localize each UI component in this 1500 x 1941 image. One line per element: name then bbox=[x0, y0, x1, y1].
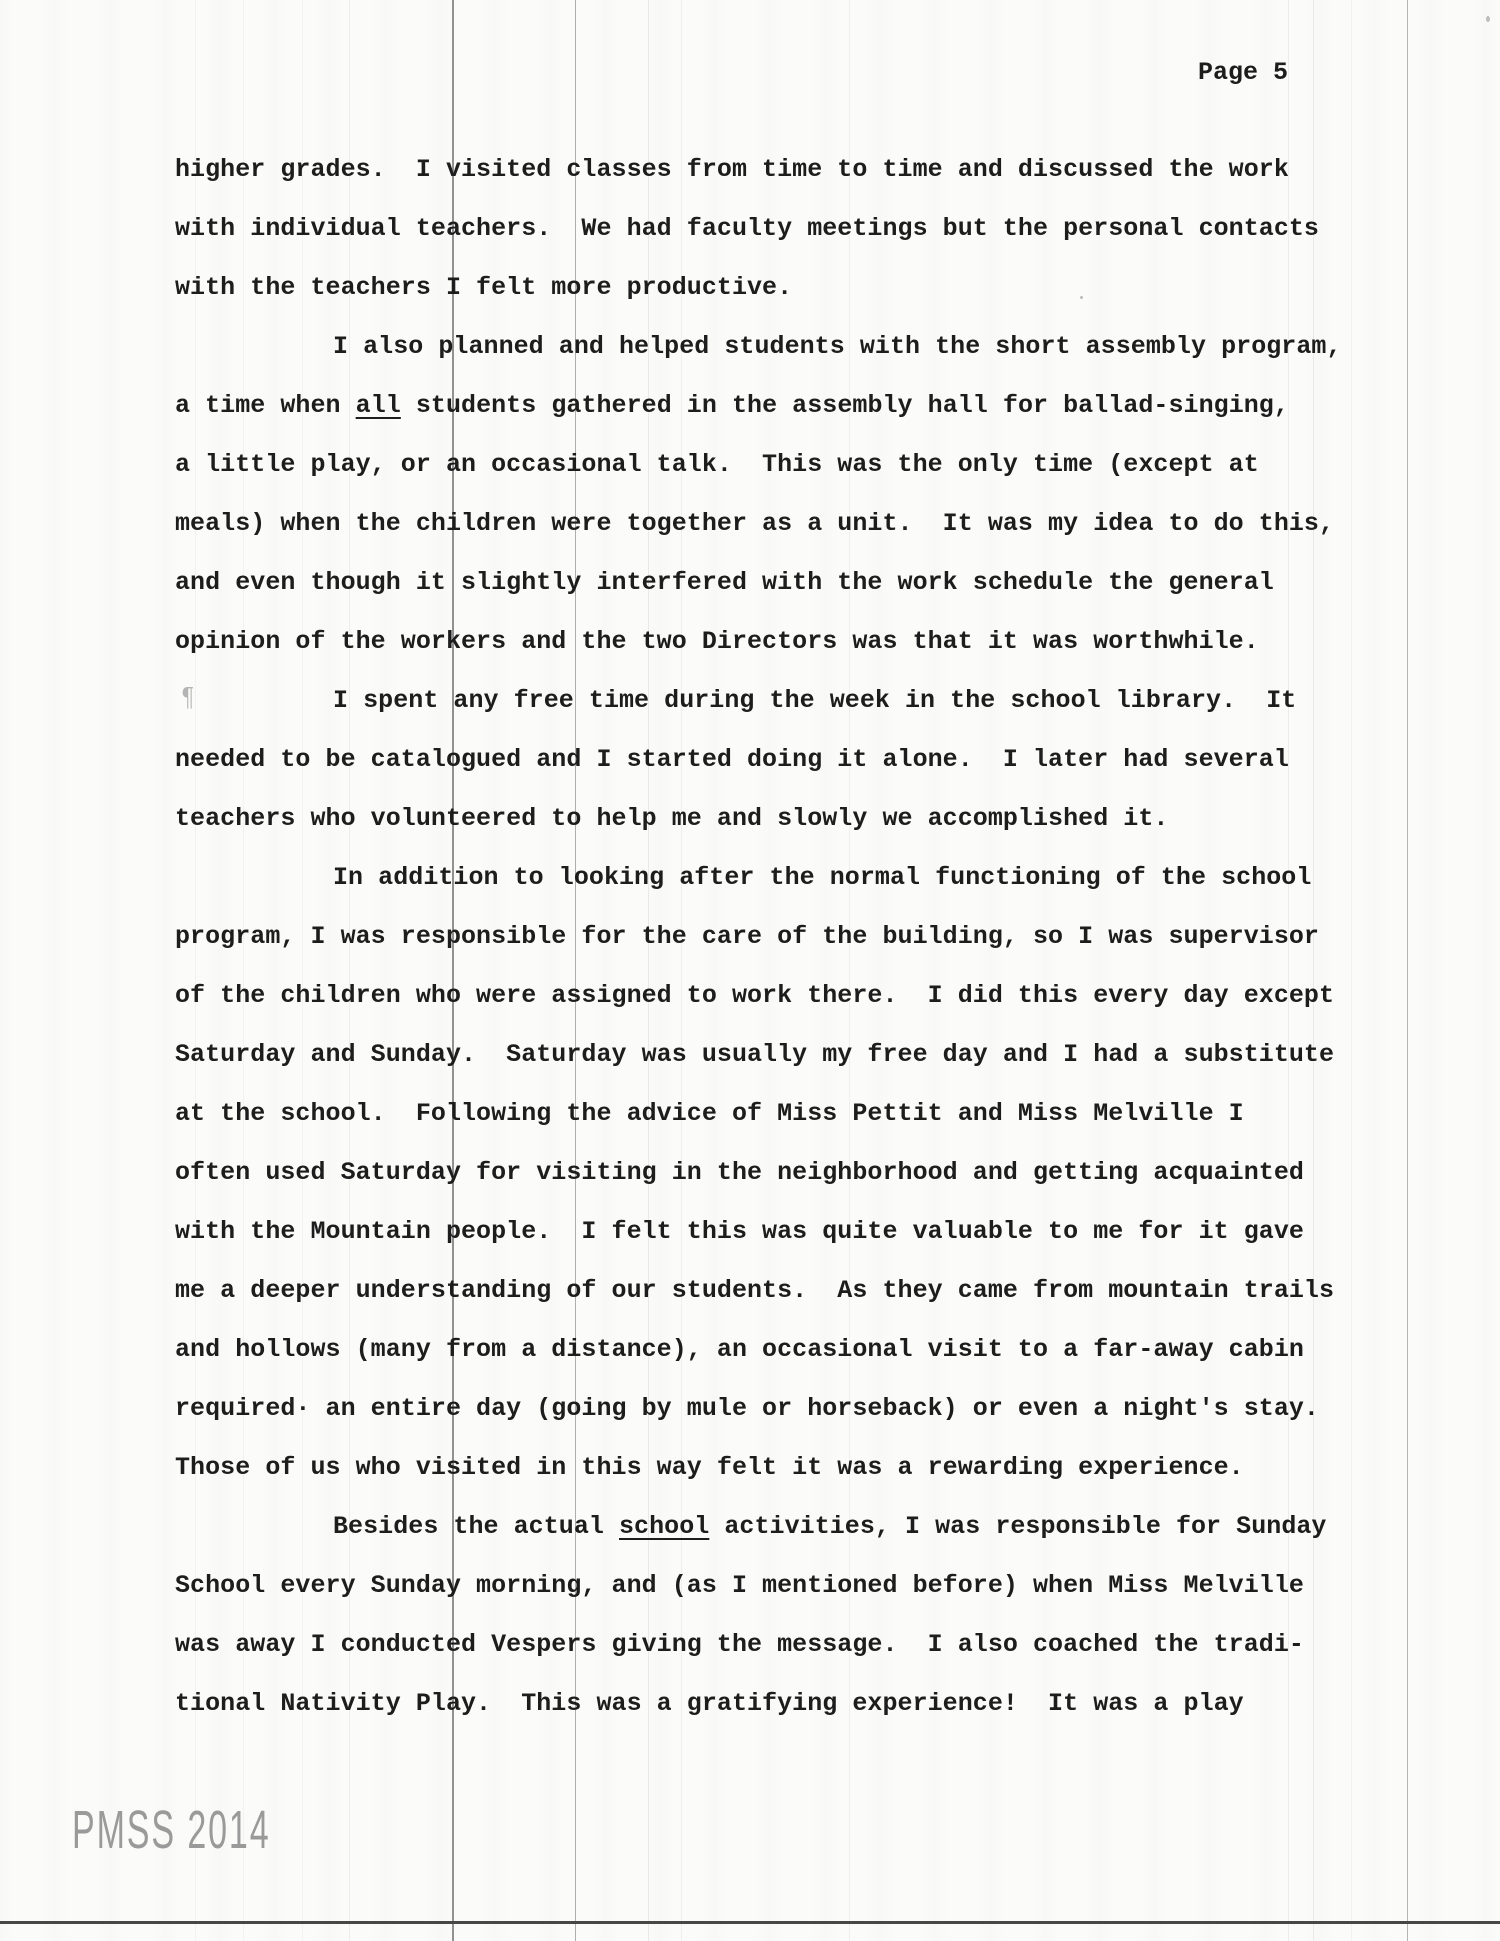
text-line: meals) when the children were together a… bbox=[175, 494, 1375, 553]
text-segment: tional Nativity Play. This was a gratify… bbox=[175, 1689, 1244, 1718]
page-number: Page 5 bbox=[1198, 58, 1288, 87]
text-segment: In addition to looking after the normal … bbox=[333, 863, 1311, 892]
text-line: In addition to looking after the normal … bbox=[175, 848, 1375, 907]
text-segment: I spent any free time during the week in… bbox=[333, 686, 1296, 715]
text-line: was away I conducted Vespers giving the … bbox=[175, 1615, 1375, 1674]
text-segment: opinion of the workers and the two Direc… bbox=[175, 627, 1259, 656]
text-line: a time when all students gathered in the… bbox=[175, 376, 1375, 435]
text-line: with the Mountain people. I felt this wa… bbox=[175, 1202, 1375, 1261]
text-line: and even though it slightly interfered w… bbox=[175, 553, 1375, 612]
text-segment: teachers who volunteered to help me and … bbox=[175, 804, 1168, 833]
text-segment: School every Sunday morning, and (as I m… bbox=[175, 1571, 1304, 1600]
text-segment: often used Saturday for visiting in the … bbox=[175, 1158, 1304, 1187]
text-segment: was away I conducted Vespers giving the … bbox=[175, 1630, 1304, 1659]
watermark: PMSS 2014 bbox=[72, 1799, 271, 1861]
text-line: a little play, or an occasional talk. Th… bbox=[175, 435, 1375, 494]
text-segment: with the Mountain people. I felt this wa… bbox=[175, 1217, 1304, 1246]
text-segment: with the teachers I felt more productive… bbox=[175, 273, 792, 302]
text-line: I spent any free time during the week in… bbox=[175, 671, 1375, 730]
text-segment: activities, I was responsible for Sunday bbox=[709, 1512, 1326, 1541]
text-line: higher grades. I visited classes from ti… bbox=[175, 140, 1375, 199]
text-segment: with individual teachers. We had faculty… bbox=[175, 214, 1319, 243]
text-segment: Saturday and Sunday. Saturday was usuall… bbox=[175, 1040, 1334, 1069]
scanned-document-page: Page 5 ¶ higher grades. I visited classe… bbox=[0, 0, 1500, 1941]
text-line: School every Sunday morning, and (as I m… bbox=[175, 1556, 1375, 1615]
text-segment: at the school. Following the advice of M… bbox=[175, 1099, 1244, 1128]
text-segment: a little play, or an occasional talk. Th… bbox=[175, 450, 1259, 479]
text-segment: required· an entire day (going by mule o… bbox=[175, 1394, 1319, 1423]
text-segment: students gathered in the assembly hall f… bbox=[401, 391, 1289, 420]
underlined-word: all bbox=[356, 391, 401, 420]
underlined-word: school bbox=[619, 1512, 709, 1541]
text-line: opinion of the workers and the two Direc… bbox=[175, 612, 1375, 671]
text-line: required· an entire day (going by mule o… bbox=[175, 1379, 1375, 1438]
text-line: me a deeper understanding of our student… bbox=[175, 1261, 1375, 1320]
text-segment: meals) when the children were together a… bbox=[175, 509, 1334, 538]
text-segment: program, I was responsible for the care … bbox=[175, 922, 1319, 951]
text-line: at the school. Following the advice of M… bbox=[175, 1084, 1375, 1143]
text-segment: higher grades. I visited classes from ti… bbox=[175, 155, 1289, 184]
text-line: program, I was responsible for the care … bbox=[175, 907, 1375, 966]
text-line: teachers who volunteered to help me and … bbox=[175, 789, 1375, 848]
document-body: higher grades. I visited classes from ti… bbox=[175, 140, 1375, 1733]
text-segment: Those of us who visited in this way felt… bbox=[175, 1453, 1244, 1482]
text-line: tional Nativity Play. This was a gratify… bbox=[175, 1674, 1375, 1733]
text-segment: a time when bbox=[175, 391, 356, 420]
text-line: of the children who were assigned to wor… bbox=[175, 966, 1375, 1025]
text-segment: Besides the actual bbox=[333, 1512, 619, 1541]
text-segment: I also planned and helped students with … bbox=[333, 332, 1342, 361]
text-segment: and even though it slightly interfered w… bbox=[175, 568, 1274, 597]
text-segment: me a deeper understanding of our student… bbox=[175, 1276, 1334, 1305]
scan-line-horizontal-bottom bbox=[0, 1921, 1500, 1924]
text-segment: and hollows (many from a distance), an o… bbox=[175, 1335, 1304, 1364]
text-line: with individual teachers. We had faculty… bbox=[175, 199, 1375, 258]
text-line: needed to be catalogued and I started do… bbox=[175, 730, 1375, 789]
text-line: Saturday and Sunday. Saturday was usuall… bbox=[175, 1025, 1375, 1084]
text-line: with the teachers I felt more productive… bbox=[175, 258, 1375, 317]
scan-line-vertical bbox=[1407, 0, 1408, 1941]
text-line: often used Saturday for visiting in the … bbox=[175, 1143, 1375, 1202]
text-line: and hollows (many from a distance), an o… bbox=[175, 1320, 1375, 1379]
text-line: Besides the actual school activities, I … bbox=[175, 1497, 1375, 1556]
dust-speck bbox=[1486, 16, 1490, 22]
text-segment: of the children who were assigned to wor… bbox=[175, 981, 1334, 1010]
text-line: Those of us who visited in this way felt… bbox=[175, 1438, 1375, 1497]
text-line: I also planned and helped students with … bbox=[175, 317, 1375, 376]
text-segment: needed to be catalogued and I started do… bbox=[175, 745, 1289, 774]
